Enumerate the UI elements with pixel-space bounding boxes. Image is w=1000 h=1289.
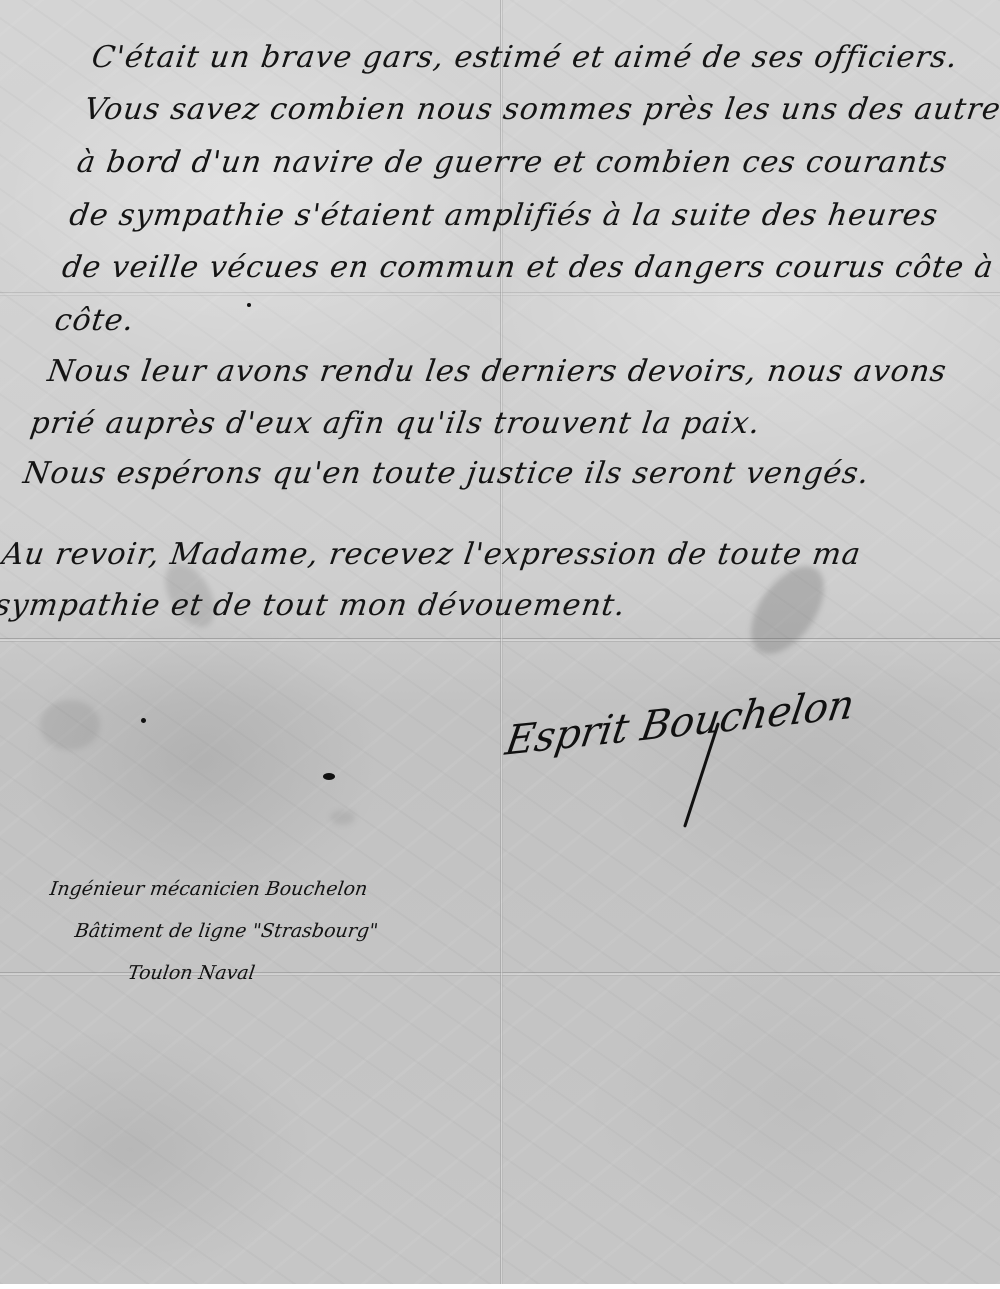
- ink-spot: [323, 773, 335, 780]
- paper-stain: [40, 700, 100, 750]
- body-line: Vous savez combien nous sommes près les …: [82, 92, 1000, 127]
- body-line: de sympathie s'étaient amplifiés à la su…: [67, 198, 940, 233]
- letter-paper: C'était un brave gars, estimé et aimé de…: [0, 0, 1000, 1284]
- body-line: côte.: [52, 303, 136, 338]
- sender-address-line: Toulon Naval: [126, 962, 256, 984]
- body-line: de veille vécues en commun et des danger…: [60, 250, 996, 285]
- body-line: C'était un brave gars, estimé et aimé de…: [89, 40, 960, 75]
- closing-line: Au revoir, Madame, recevez l'expression …: [0, 537, 863, 572]
- sender-address-line: Ingénieur mécanicien Bouchelon: [48, 878, 368, 900]
- body-line: prié auprès d'eux afin qu'ils trouvent l…: [28, 406, 763, 441]
- paper-fold-crease: [500, 0, 503, 1284]
- closing-line: sympathie et de tout mon dévouement.: [0, 588, 628, 623]
- body-line: à bord d'un navire de guerre et combien …: [75, 145, 950, 180]
- ink-spot: [247, 303, 251, 307]
- body-line: Nous leur avons rendu les derniers devoi…: [45, 354, 949, 389]
- signature: Esprit Bouchelon: [502, 681, 857, 765]
- paper-stain: [330, 810, 355, 825]
- ink-spot: [141, 718, 146, 723]
- body-line: Nous espérons qu'en toute justice ils se…: [21, 456, 872, 491]
- sender-address-line: Bâtiment de ligne "Strasbourg": [73, 920, 379, 942]
